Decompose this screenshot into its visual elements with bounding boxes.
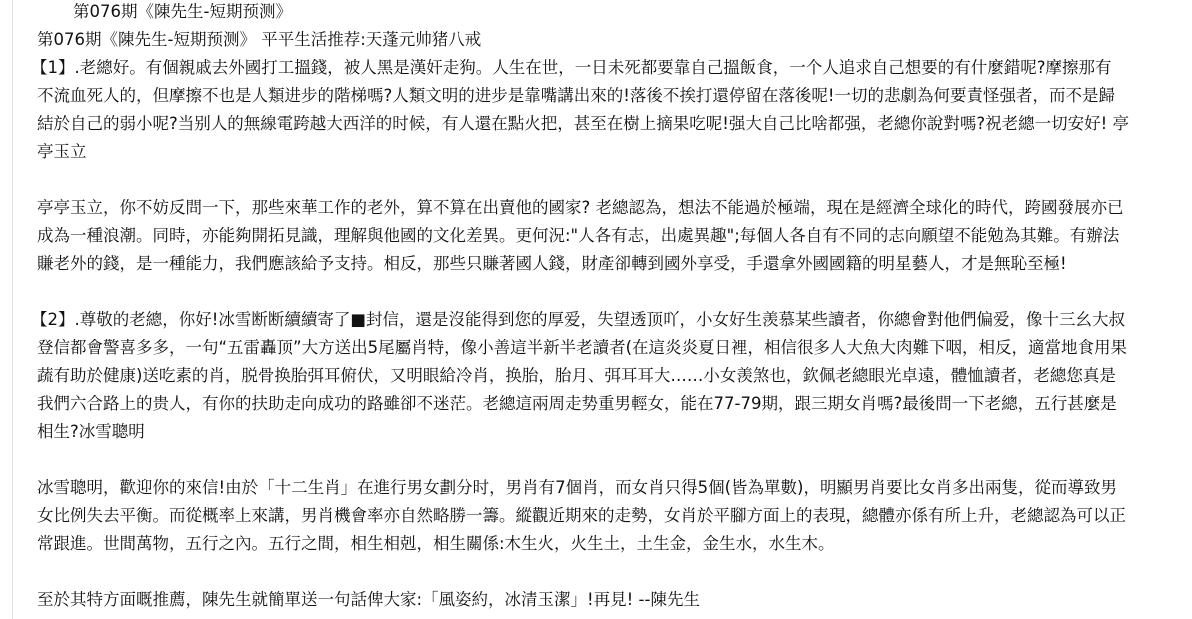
paragraph-line: 亭玉立 [37,138,1192,166]
paragraph-line: 登信都會警喜多多，一句“五雷轟顶”大方送出5尾屬肖特，像小善這半新半老讀者(在這… [37,334,1192,362]
paragraph-line: 賺老外的錢，是一種能力，我們應該給予支持。相反，那些只賺著國人錢，財產卻轉到國外… [37,250,1192,278]
paragraph-line: 【2】.尊敬的老總，你好!冰雪断断續續寄了■封信，還是沒能得到您的厚爱，失望透顶… [31,306,1192,334]
paragraph-line: 冰雪聰明，歡迎你的來信!由於「十二生肖」在進行男女劃分时，男肖有7個肖，而女肖只… [37,474,1192,502]
paragraph-line: 常跟進。世間萬物，五行之內。五行之間，相生相剋，相生關係:木生火，火生土，土生金… [37,530,1192,558]
article-title: 第076期《陳先生-短期预测》 [37,0,1192,26]
paragraph-line: 不流血死人的，但摩擦不也是人類进步的階梯嗎?人類文明的进步是靠嘴講出來的!落後不… [37,82,1192,110]
paragraph-line: 相生?冰雪聰明 [37,418,1192,446]
paragraph-question-2: 【2】.尊敬的老總，你好!冰雪断断續續寄了■封信，還是沒能得到您的厚爱，失望透顶… [37,306,1192,446]
article-subtitle: 第076期《陳先生-短期预测》 平平生活推荐:天蓬元帅猪八戒 [37,26,1192,54]
paragraph-line: 結於自己的弱小呢?当别人的無線電跨越大西洋的时候，有人還在點火把，甚至在樹上摘果… [37,110,1192,138]
paragraph-line: 至於其特方面嘅推薦，陳先生就簡單送一句話俾大家:「風姿約，冰清玉潔」!再見! -… [37,586,1192,614]
paragraph-closing: 至於其特方面嘅推薦，陳先生就簡單送一句話俾大家:「風姿約，冰清玉潔」!再見! -… [37,586,1192,614]
article-body: 第076期《陳先生-短期预测》 第076期《陳先生-短期预测》 平平生活推荐:天… [37,0,1192,614]
paragraph-line: 女比例失去平衡。而從概率上來講，男肖機會率亦自然略勝一籌。縱觀近期來的走勢，女肖… [37,502,1192,530]
paragraph-line: 我們六合路上的贵人，有你的扶助走向成功的路雖卻不迷茫。老總這兩周走势重男輕女，能… [37,390,1192,418]
paragraph-spacer [37,446,1192,474]
paragraph-line: 【1】.老總好。有個親戚去外國打工搵錢，被人黑是漢奸走狗。人生在世，一日未死都要… [31,54,1192,82]
paragraph-question-1: 【1】.老總好。有個親戚去外國打工搵錢，被人黑是漢奸走狗。人生在世，一日未死都要… [37,54,1192,166]
paragraph-spacer [37,558,1192,586]
left-border-rule [12,0,13,619]
paragraph-answer-1: 亭亭玉立，你不妨反問一下，那些來華工作的老外，算不算在出賣他的國家? 老總認為，… [37,194,1192,278]
paragraph-line: 成為一種浪潮。同時，亦能夠開拓見識，理解與他國的文化差異。更何況:"人各有志，出… [37,222,1192,250]
paragraph-spacer [37,278,1192,306]
paragraph-spacer [37,166,1192,194]
paragraph-line: 亭亭玉立，你不妨反問一下，那些來華工作的老外，算不算在出賣他的國家? 老總認為，… [37,194,1192,222]
paragraph-answer-2: 冰雪聰明，歡迎你的來信!由於「十二生肖」在進行男女劃分时，男肖有7個肖，而女肖只… [37,474,1192,558]
paragraph-line: 蔬有助於健康)送吃素的肖，脱骨换胎弭耳俯伏，又明眼給冷肖，换胎，胎月、弭耳耳大…… [37,362,1192,390]
